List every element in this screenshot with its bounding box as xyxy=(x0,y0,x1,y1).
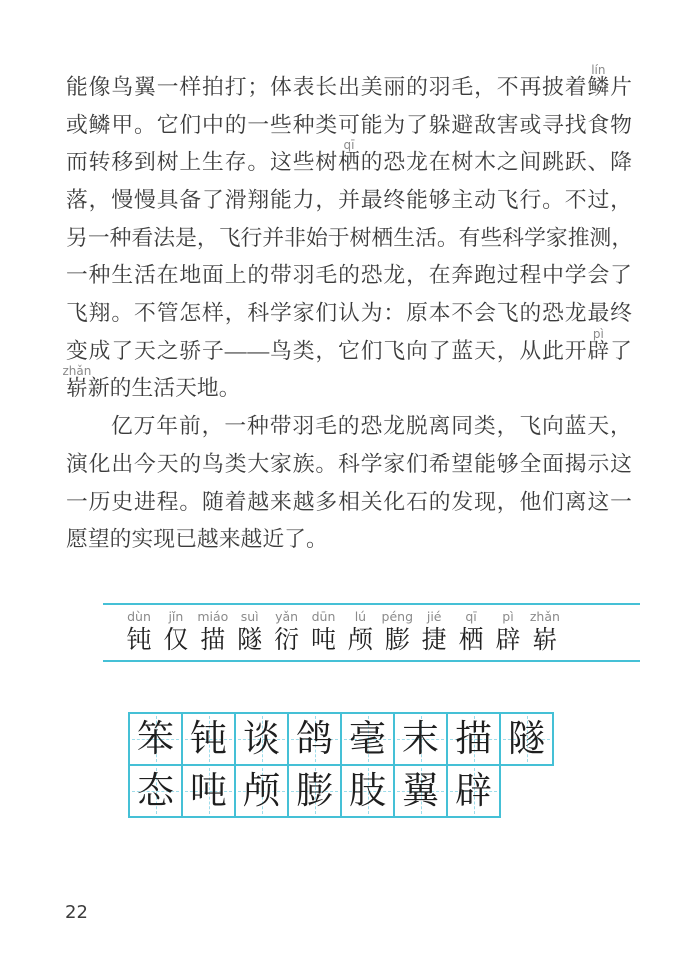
char: 测 xyxy=(590,228,612,250)
vocab-item: qī栖 xyxy=(452,605,490,656)
text-line: 飞翔。不管怎样，科学家们认为：原本不会飞的恐龙最终 xyxy=(66,295,632,333)
char: 了 xyxy=(202,190,224,212)
char: 动 xyxy=(474,190,496,212)
char: 石 xyxy=(406,492,428,514)
char: 飞 xyxy=(519,416,541,438)
grid-row: 态吨颅膨肢翼辟 xyxy=(128,764,554,818)
char: 翼 xyxy=(134,77,156,99)
char: 的 xyxy=(338,416,360,438)
text-line: 崭zhǎn新的生活天地。 xyxy=(66,371,632,409)
char: 。 xyxy=(542,190,564,212)
practice-character: 肢 xyxy=(349,773,386,810)
practice-character: 描 xyxy=(455,721,492,758)
tianzige-cell: 吨 xyxy=(181,764,236,818)
char: 着 xyxy=(225,492,247,514)
char: 并 xyxy=(262,228,284,250)
paragraph-indent xyxy=(66,427,110,428)
char: 子 xyxy=(202,341,224,363)
char: 美 xyxy=(361,77,383,99)
practice-character: 隧 xyxy=(508,721,545,758)
text-line: 一历史进程。随着越来越多相关化石的发现，他们离这一 xyxy=(66,484,632,522)
grid-row: 笨钝谈鸽毫末描隧 xyxy=(128,712,554,766)
char: 木 xyxy=(474,152,496,174)
char: 为 xyxy=(383,115,405,137)
char: 来 xyxy=(270,492,292,514)
char: 蓝 xyxy=(565,416,587,438)
char: 龙 xyxy=(565,303,587,325)
char: 学 xyxy=(361,454,383,476)
char: 过 xyxy=(497,265,519,287)
vocab-character: 吨 xyxy=(305,626,343,656)
char: ， xyxy=(315,190,337,212)
vocab-item: zhǎn崭 xyxy=(526,605,564,656)
tianzige-cell: 毫 xyxy=(340,712,395,766)
tianzige-cell: 态 xyxy=(128,764,183,818)
char: 它 xyxy=(338,341,360,363)
char: 的 xyxy=(110,529,132,551)
char: 万 xyxy=(134,416,156,438)
char: 天 xyxy=(175,378,197,400)
char: 羽 xyxy=(292,416,314,438)
char: 不 xyxy=(134,303,156,325)
vocab-item: yǎn衍 xyxy=(268,605,306,656)
char: 力 xyxy=(293,190,315,212)
char: 多 xyxy=(315,492,337,514)
vocab-character: 膨 xyxy=(378,626,416,656)
char: 毛 xyxy=(451,77,473,99)
char: 它 xyxy=(157,115,179,137)
char: 出 xyxy=(111,454,133,476)
char: — xyxy=(225,341,247,363)
char: 些 xyxy=(270,115,292,137)
char: 恐 xyxy=(361,265,383,287)
char: 树 xyxy=(157,152,179,174)
char: 变 xyxy=(66,341,88,363)
char: 飞 xyxy=(497,303,519,325)
char: 跑 xyxy=(474,265,496,287)
char: 家 xyxy=(546,228,568,250)
char: 类 xyxy=(474,416,496,438)
char: 看 xyxy=(131,228,153,250)
practice-character: 态 xyxy=(137,773,174,810)
char: 天 xyxy=(587,416,609,438)
char: 的 xyxy=(519,303,541,325)
char: 间 xyxy=(519,152,541,174)
vocab-character: 崭 xyxy=(526,626,564,656)
practice-character: 膨 xyxy=(296,773,333,810)
char: 开 xyxy=(565,341,587,363)
char: ， xyxy=(497,341,519,363)
char: 向 xyxy=(542,416,564,438)
char: 史 xyxy=(111,492,133,514)
practice-character: 吨 xyxy=(190,773,227,810)
tianzige-cell: 膨 xyxy=(287,764,342,818)
char: 类 xyxy=(225,454,247,476)
char: 慢 xyxy=(134,190,156,212)
char: 是 xyxy=(175,228,197,250)
char: 栖qī xyxy=(338,152,360,174)
practice-character: 颅 xyxy=(243,773,280,810)
char: 已 xyxy=(175,529,197,551)
vocab-character: 颅 xyxy=(341,626,379,656)
char: ， xyxy=(474,77,496,99)
char: 科 xyxy=(338,454,360,476)
char: 之 xyxy=(497,152,519,174)
char: 一 xyxy=(157,77,179,99)
char: 够 xyxy=(497,454,519,476)
char: 表 xyxy=(293,77,315,99)
char: 关 xyxy=(361,492,383,514)
char: 而 xyxy=(66,152,88,174)
char: 移 xyxy=(111,152,133,174)
char: 转 xyxy=(89,152,111,174)
vocab-pinyin: jǐn xyxy=(157,609,195,624)
char: ： xyxy=(383,303,405,325)
char: 了 xyxy=(610,341,632,363)
char: 些 xyxy=(480,228,502,250)
char: 长 xyxy=(315,77,337,99)
char: 种 xyxy=(110,228,132,250)
page-number: 22 xyxy=(65,902,88,923)
char: 们 xyxy=(179,115,201,137)
vocab-character: 仅 xyxy=(157,626,195,656)
vocab-character: 描 xyxy=(194,626,232,656)
tianzige-cell: 翼 xyxy=(393,764,448,818)
char: 们 xyxy=(315,303,337,325)
char: 一 xyxy=(224,416,246,438)
char: 亿 xyxy=(111,416,133,438)
char: 打 xyxy=(225,77,247,99)
vocab-character: 栖 xyxy=(452,626,490,656)
char: 了 xyxy=(111,341,133,363)
char: 揭 xyxy=(565,454,587,476)
char: 羽 xyxy=(429,77,451,99)
pinyin-annotation: qī xyxy=(343,139,354,151)
char: 能 xyxy=(66,77,88,99)
char: ， xyxy=(611,228,633,250)
char: 。 xyxy=(219,378,241,400)
tianzige-cell: 谈 xyxy=(234,712,289,766)
char: 来 xyxy=(219,529,241,551)
char: 在 xyxy=(429,152,451,174)
char: 这 xyxy=(610,454,632,476)
char: 的 xyxy=(225,115,247,137)
char: 跃 xyxy=(565,152,587,174)
char: 类 xyxy=(315,115,337,137)
char: 一 xyxy=(66,265,88,287)
char: 鸟 xyxy=(270,341,292,363)
practice-character: 末 xyxy=(402,721,439,758)
char: 慢 xyxy=(111,190,133,212)
char: 家 xyxy=(270,454,292,476)
char: ， xyxy=(406,265,428,287)
char: 年 xyxy=(156,416,178,438)
char: 翔 xyxy=(247,190,269,212)
vocab-pinyin: qī xyxy=(452,609,490,624)
char: 过 xyxy=(587,190,609,212)
char: 随 xyxy=(202,492,224,514)
char: 终 xyxy=(383,190,405,212)
char: — xyxy=(247,341,269,363)
practice-character: 辟 xyxy=(455,773,492,810)
char: 管 xyxy=(157,303,179,325)
text-line: 愿望的实现已越来越近了。 xyxy=(66,521,632,559)
char: 一 xyxy=(66,492,88,514)
char: 生 xyxy=(131,378,153,400)
vocab-item: dūn吨 xyxy=(305,605,343,656)
char: 能 xyxy=(474,454,496,476)
char: ， xyxy=(225,303,247,325)
vocab-pinyin: zhǎn xyxy=(526,609,564,624)
char: 地 xyxy=(179,265,201,287)
recognition-characters-strip: dùn钝jǐn仅miáo描suì隧yǎn衍dūn吨lú颅péng膨jié捷qī栖… xyxy=(103,603,640,662)
char: 他 xyxy=(519,492,541,514)
char: 的 xyxy=(361,152,383,174)
char: 敌 xyxy=(474,115,496,137)
char: 天 xyxy=(157,454,179,476)
char: 望 xyxy=(88,529,110,551)
char: 本 xyxy=(429,303,451,325)
char: 同 xyxy=(451,416,473,438)
char: 体 xyxy=(270,77,292,99)
char: 奔 xyxy=(451,265,473,287)
char: ， xyxy=(497,416,519,438)
char: 样 xyxy=(202,303,224,325)
char: 活 xyxy=(134,265,156,287)
char: 了 xyxy=(406,115,428,137)
char: 生 xyxy=(393,228,415,250)
char: 学 xyxy=(524,228,546,250)
char: 种 xyxy=(247,416,269,438)
char: 越 xyxy=(293,492,315,514)
char: 脱 xyxy=(406,416,428,438)
text-line: 变成了天之骄子——鸟类，它们飞向了蓝天，从此开辟pì了 xyxy=(66,333,632,371)
char: 程 xyxy=(519,265,541,287)
vocab-character: 衍 xyxy=(268,626,306,656)
char: 一 xyxy=(88,228,110,250)
char: 些 xyxy=(293,152,315,174)
char: 行 xyxy=(519,190,541,212)
char: 科 xyxy=(502,228,524,250)
practice-character: 毫 xyxy=(349,721,386,758)
char: 此 xyxy=(542,341,564,363)
lesson-text: 能像鸟翼一样拍打；体表长出美丽的羽毛，不再披着鳞lín片或鳞甲。它们中的一些种类… xyxy=(66,69,632,559)
tianzige-cell: 肢 xyxy=(340,764,395,818)
char: 最 xyxy=(361,190,383,212)
char: 全 xyxy=(519,454,541,476)
char: 程 xyxy=(157,492,179,514)
char: 家 xyxy=(293,303,315,325)
text-line: 能像鸟翼一样拍打；体表长出美丽的羽毛，不再披着鳞lín片 xyxy=(66,69,632,107)
char: 类 xyxy=(293,341,315,363)
vocab-pinyin: suì xyxy=(231,609,269,624)
char: 带 xyxy=(270,265,292,287)
char: 飞 xyxy=(383,341,405,363)
char: 了 xyxy=(610,265,632,287)
char: 成 xyxy=(89,341,111,363)
char: 能 xyxy=(270,190,292,212)
char: 从 xyxy=(519,341,541,363)
char: 具 xyxy=(157,190,179,212)
char: 恐 xyxy=(360,416,382,438)
char: 化 xyxy=(383,492,405,514)
char: 于 xyxy=(328,228,350,250)
char: 羽 xyxy=(293,265,315,287)
char: 了 xyxy=(429,341,451,363)
char: 披 xyxy=(542,77,564,99)
vocab-pinyin: pì xyxy=(489,609,527,624)
text-line: 一种生活在地面上的带羽毛的恐龙，在奔跑过程中学会了 xyxy=(66,257,632,295)
char: 不 xyxy=(497,77,519,99)
text-line: 落，慢慢具备了滑翔能力，并最终能够主动飞行。不过， xyxy=(66,182,632,220)
char: 面 xyxy=(542,454,564,476)
char: 现 xyxy=(153,529,175,551)
char: 。 xyxy=(111,303,133,325)
vocab-item: jié捷 xyxy=(415,605,453,656)
char: 主 xyxy=(451,190,473,212)
char: 滑 xyxy=(225,190,247,212)
tianzige-cell: 笨 xyxy=(128,712,183,766)
char: ， xyxy=(315,341,337,363)
text-line: 而转移到树上生存。这些树栖qī的恐龙在树木之间跳跃、降 xyxy=(66,144,632,182)
tianzige-cell: 钝 xyxy=(181,712,236,766)
char: 相 xyxy=(338,492,360,514)
char: 毛 xyxy=(315,265,337,287)
char: 样 xyxy=(179,77,201,99)
char: 的 xyxy=(406,77,428,99)
char: 食 xyxy=(587,115,609,137)
char: 们 xyxy=(406,454,428,476)
char: 进 xyxy=(134,492,156,514)
char: 近 xyxy=(262,529,284,551)
char: 前 xyxy=(179,416,201,438)
char: 中 xyxy=(202,115,224,137)
char: 蓝 xyxy=(451,341,473,363)
char: ， xyxy=(610,190,632,212)
char: 、 xyxy=(587,152,609,174)
vocab-character: 钝 xyxy=(120,626,158,656)
char: 甲 xyxy=(111,115,133,137)
char: 树 xyxy=(350,228,372,250)
char: 像 xyxy=(89,77,111,99)
char: 怎 xyxy=(179,303,201,325)
char: 发 xyxy=(451,492,473,514)
char: ， xyxy=(89,190,111,212)
char: 活 xyxy=(153,378,175,400)
vocab-character: 捷 xyxy=(415,626,453,656)
char: 种 xyxy=(293,115,315,137)
char: 够 xyxy=(429,190,451,212)
pinyin-annotation: zhǎn xyxy=(62,365,91,377)
char: 这 xyxy=(270,152,292,174)
char: 。 xyxy=(179,492,201,514)
char: ， xyxy=(610,416,632,438)
vocab-item: dùn钝 xyxy=(120,605,158,656)
char: 可 xyxy=(338,115,360,137)
char: 或 xyxy=(519,115,541,137)
char: 族 xyxy=(293,454,315,476)
char: 降 xyxy=(610,152,632,174)
char: 越 xyxy=(241,529,263,551)
char: 落 xyxy=(66,190,88,212)
char: 演 xyxy=(66,454,88,476)
char: 。 xyxy=(134,115,156,137)
tianzige-cell: 末 xyxy=(393,712,448,766)
char: 向 xyxy=(406,341,428,363)
char: 找 xyxy=(565,115,587,137)
char: 的 xyxy=(110,378,132,400)
char: 树 xyxy=(315,152,337,174)
char: 科 xyxy=(247,303,269,325)
char: ， xyxy=(497,492,519,514)
practice-character: 鸽 xyxy=(296,721,333,758)
text-line: 另一种看法是，飞行并非始于树栖生活。有些科学家推测， xyxy=(66,220,632,258)
char: 跳 xyxy=(542,152,564,174)
vocab-item: miáo描 xyxy=(194,605,232,656)
char: 树 xyxy=(451,152,473,174)
textbook-page: 能像鸟翼一样拍打；体表长出美丽的羽毛，不再披着鳞lín片或鳞甲。它们中的一些种类… xyxy=(0,0,698,964)
char: 为 xyxy=(361,303,383,325)
char: 希 xyxy=(429,454,451,476)
tianzige-cell: 辟 xyxy=(446,764,501,818)
char: 毛 xyxy=(315,416,337,438)
char: 实 xyxy=(131,529,153,551)
pinyin-annotation: pì xyxy=(593,328,604,340)
vocab-character: 辟 xyxy=(489,626,527,656)
char: 在 xyxy=(429,265,451,287)
char: 之 xyxy=(157,341,179,363)
char: 新 xyxy=(88,378,110,400)
char: 大 xyxy=(247,454,269,476)
char: 鳞lín xyxy=(587,77,609,99)
char: 学 xyxy=(565,265,587,287)
char: 拍 xyxy=(202,77,224,99)
char: 望 xyxy=(451,454,473,476)
tianzige-cell: 鸽 xyxy=(287,712,342,766)
char: 有 xyxy=(459,228,481,250)
char: 出 xyxy=(338,77,360,99)
char: 面 xyxy=(202,265,224,287)
char: 的 xyxy=(338,265,360,287)
char: 着 xyxy=(565,77,587,99)
char: 越 xyxy=(247,492,269,514)
char: ， xyxy=(197,228,219,250)
char: 丽 xyxy=(383,77,405,99)
char: 非 xyxy=(284,228,306,250)
char: 龙 xyxy=(406,152,428,174)
char: 不 xyxy=(451,303,473,325)
char: 。 xyxy=(306,529,328,551)
vocab-item: pì辟 xyxy=(489,605,527,656)
char: 鳞 xyxy=(89,115,111,137)
char: 原 xyxy=(406,303,428,325)
char: 地 xyxy=(197,378,219,400)
vocab-pinyin: jié xyxy=(415,609,453,624)
char: 存 xyxy=(225,152,247,174)
char: 。 xyxy=(437,228,459,250)
char: 骄 xyxy=(179,341,201,363)
text-line: 亿万年前，一种带羽毛的恐龙脱离同类，飞向蓝天， xyxy=(66,408,632,446)
tianzige-cell: 颅 xyxy=(234,764,289,818)
char: 飞 xyxy=(66,303,88,325)
char: 到 xyxy=(134,152,156,174)
writing-practice-grid: 笨钝谈鸽毫末描隧态吨颅膨肢翼辟 xyxy=(128,712,554,818)
practice-character: 谈 xyxy=(243,721,280,758)
char: 一 xyxy=(247,115,269,137)
char: 学 xyxy=(270,303,292,325)
char: 崭zhǎn xyxy=(66,378,88,400)
char: 示 xyxy=(587,454,609,476)
